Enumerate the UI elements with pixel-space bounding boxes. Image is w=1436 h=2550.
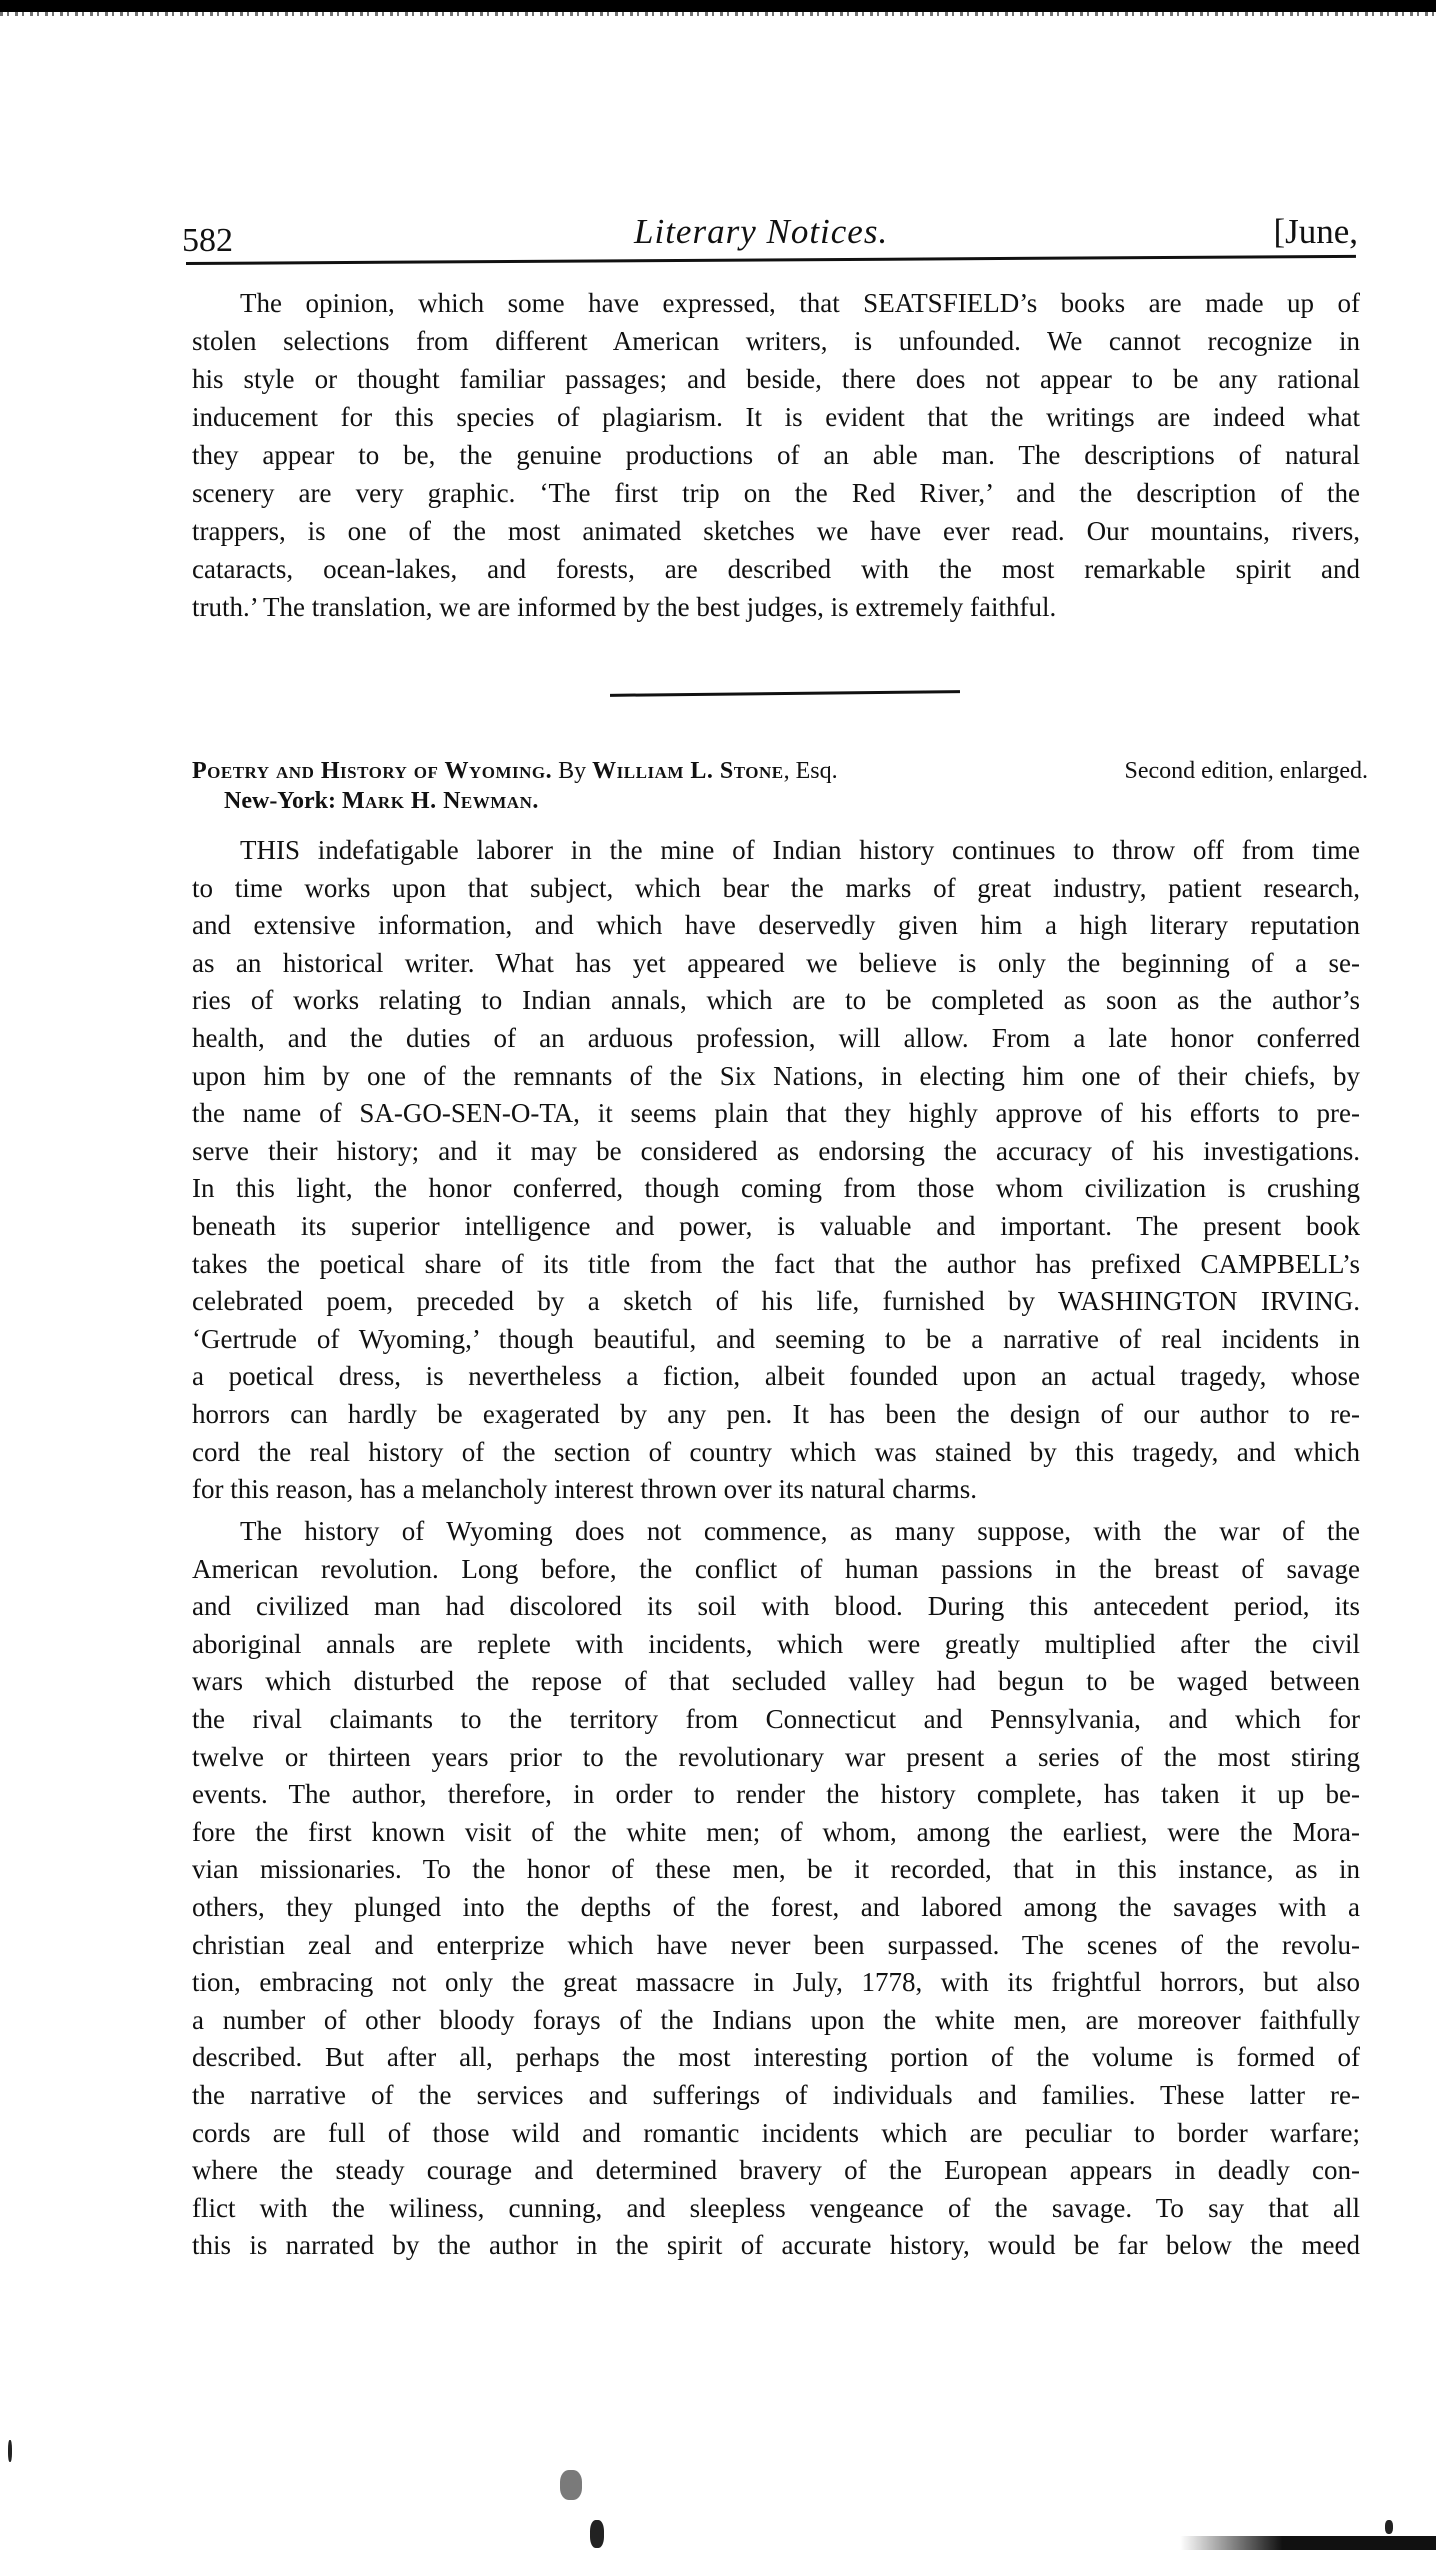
text-line: flict with the wiliness, cunning, and sl… <box>192 2190 1360 2228</box>
text-line: stolen selections from different America… <box>192 322 1360 360</box>
text-line: fore the first known visit of the white … <box>192 1814 1360 1852</box>
text-line: health, and the duties of an arduous pro… <box>192 1020 1360 1058</box>
scan-top-edge <box>0 0 1436 12</box>
text-line: for this reason, has a melancholy intere… <box>192 1471 1360 1509</box>
article-edition: Second edition, enlarged. <box>1125 756 1369 786</box>
text-line: scenery are very graphic. ‘The first tri… <box>192 474 1360 512</box>
text-line: as an historical writer. What has yet ap… <box>192 945 1360 983</box>
text-line: christian zeal and enterprize which have… <box>192 1927 1360 1965</box>
article-author: William L. Stone <box>592 758 783 784</box>
text-line: takes the poetical share of its title fr… <box>192 1246 1360 1284</box>
text-line: upon him by one of the remnants of the S… <box>192 1058 1360 1096</box>
text-line: described. But after all, perhaps the mo… <box>192 2039 1360 2077</box>
text-line: horrors can hardly be exagerated by any … <box>192 1396 1360 1434</box>
scan-top-edge-fray <box>0 12 1436 16</box>
text-line: vian missionaries. To the honor of these… <box>192 1851 1360 1889</box>
scan-bottom-smudge <box>1180 2536 1436 2550</box>
text-line: cataracts, ocean-lakes, and forests, are… <box>192 550 1360 588</box>
text-line: cord the real history of the section of … <box>192 1434 1360 1472</box>
text-line: a number of other bloody forays of the I… <box>192 2002 1360 2040</box>
text-line: they appear to be, the genuine productio… <box>192 436 1360 474</box>
text-line: The opinion, which some have expressed, … <box>192 284 1360 322</box>
text-line: The history of Wyoming does not commence… <box>192 1513 1360 1551</box>
article-by: By <box>558 758 586 784</box>
text-line: and extensive information, and which hav… <box>192 907 1360 945</box>
scan-speck <box>560 2470 582 2500</box>
text-line: the rival claimants to the territory fro… <box>192 1701 1360 1739</box>
text-line: and civilized man had discolored its soi… <box>192 1588 1360 1626</box>
text-line: In this light, the honor conferred, thou… <box>192 1170 1360 1208</box>
article-publisher: Mark H. Newman. <box>342 788 539 814</box>
text-line: trappers, is one of the most animated sk… <box>192 512 1360 550</box>
text-line: celebrated poem, preceded by a sketch of… <box>192 1283 1360 1321</box>
text-line: his style or thought familiar passages; … <box>192 360 1360 398</box>
article-heading-line-2: New-York: Mark H. Newman. <box>192 786 1368 816</box>
opening-paragraph: The opinion, which some have expressed, … <box>192 284 1360 626</box>
scan-speck <box>1385 2520 1393 2534</box>
text-line: where the steady courage and determined … <box>192 2152 1360 2190</box>
text-line: serve their history; and it may be consi… <box>192 1133 1360 1171</box>
text-line: a poetical dress, is nevertheless a fict… <box>192 1358 1360 1396</box>
text-line: to time works upon that subject, which b… <box>192 870 1360 908</box>
text-line: the narrative of the services and suffer… <box>192 2077 1360 2115</box>
text-line: others, they plunged into the depths of … <box>192 1889 1360 1927</box>
text-line: events. The author, therefore, in order … <box>192 1776 1360 1814</box>
text-line: the name of SA-GO-SEN-O-TA, it seems pla… <box>192 1095 1360 1133</box>
article-paragraph-2: The history of Wyoming does not commence… <box>192 1513 1360 2265</box>
scan-speck <box>8 2440 12 2462</box>
text-line: truth.’ The translation, we are informed… <box>192 588 1360 626</box>
scan-speck <box>590 2520 604 2548</box>
text-line: wars which disturbed the repose of that … <box>192 1663 1360 1701</box>
article-place: New-York: <box>224 788 336 814</box>
article-paragraph-1: THIS indefatigable laborer in the mine o… <box>192 832 1360 1509</box>
page-number: 582 <box>182 222 233 260</box>
text-line: ‘Gertrude of Wyoming,’ though beautiful,… <box>192 1321 1360 1359</box>
text-line: aboriginal annals are replete with incid… <box>192 1626 1360 1664</box>
text-line: tion, embracing not only the great massa… <box>192 1964 1360 2002</box>
section-divider <box>610 690 960 697</box>
text-line: cords are full of those wild and romanti… <box>192 2115 1360 2153</box>
text-line: beneath its superior intelligence and po… <box>192 1208 1360 1246</box>
running-title: Literary Notices. <box>634 212 888 252</box>
article-heading-line-1: Poetry and History of Wyoming. By Willia… <box>192 756 1368 786</box>
text-line: this is narrated by the author in the sp… <box>192 2227 1360 2265</box>
article-author-suffix: , Esq. <box>784 758 838 784</box>
text-line: twelve or thirteen years prior to the re… <box>192 1739 1360 1777</box>
article-heading: Poetry and History of Wyoming. By Willia… <box>192 756 1368 816</box>
text-line: ries of works relating to Indian annals,… <box>192 982 1360 1020</box>
text-line: American revolution. Long before, the co… <box>192 1551 1360 1589</box>
text-line: inducement for this species of plagiaris… <box>192 398 1360 436</box>
article-title: Poetry and History of Wyoming. <box>192 758 552 784</box>
running-date: [June, <box>1273 212 1358 252</box>
text-line: THIS indefatigable laborer in the mine o… <box>192 832 1360 870</box>
